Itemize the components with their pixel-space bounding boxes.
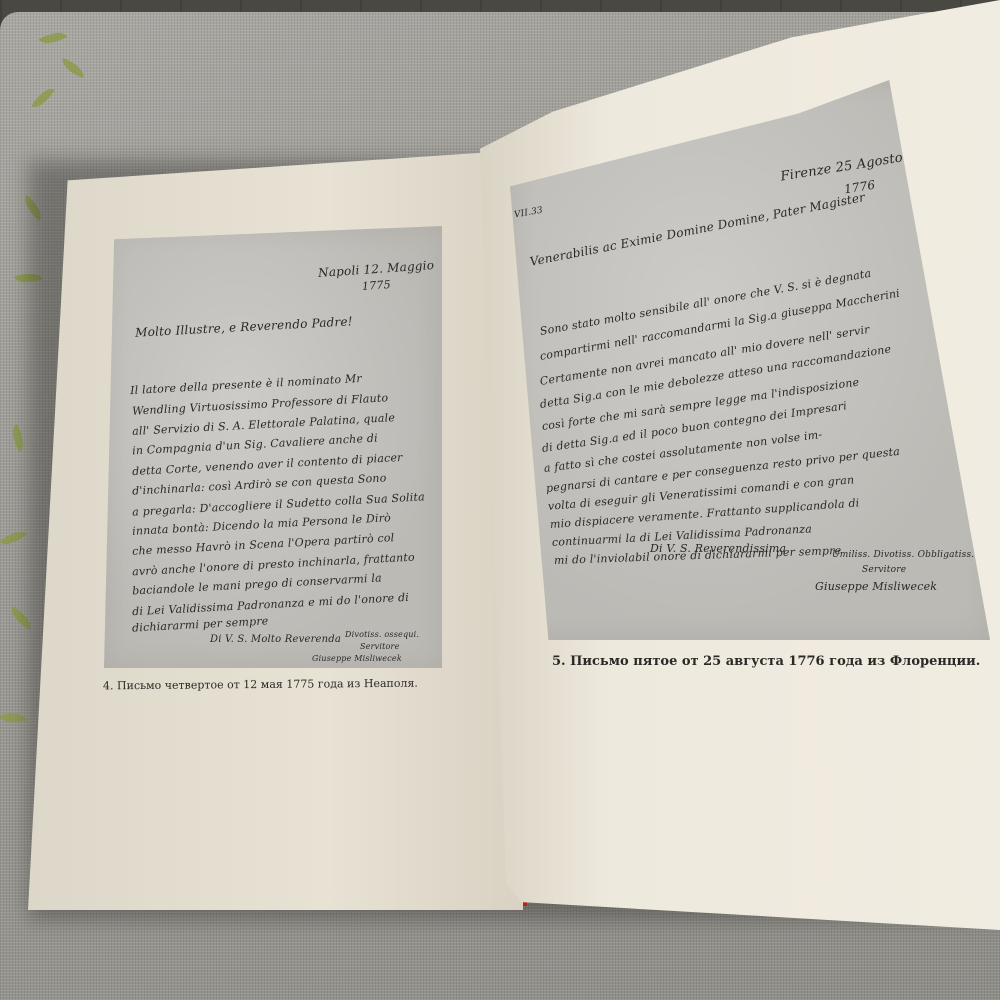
embroidered-leaf — [0, 525, 27, 551]
letter-year: 1775 — [362, 278, 392, 293]
letter-signature: Giuseppe Misliwecek — [815, 580, 937, 593]
letter-signature-line: Servitore — [360, 642, 400, 651]
embroidered-leaf — [0, 709, 27, 727]
embroidered-leaf — [31, 84, 54, 113]
embroidered-leaf — [59, 58, 88, 78]
embroidered-leaf — [39, 26, 68, 49]
letter-closing: Di V. S. Reverendissima — [650, 542, 786, 555]
letter-closing: Di V. S. Molto Reverenda — [210, 634, 341, 645]
embroidered-leaf — [6, 424, 29, 453]
letter-signature: Giuseppe Misliwecek — [312, 654, 402, 663]
figure-caption-4: 4. Письмо четвертое от 12 мая 1775 года … — [103, 677, 418, 693]
letter-signature-line: Umiliss. Divotiss. Obbligatiss. — [832, 550, 974, 560]
letter-signature-line: Divotiss. ossequi. — [345, 630, 419, 639]
figure-caption-5: 5. Письмо пятое от 25 августа 1776 года … — [552, 654, 980, 669]
letter-signature-line: Servitore — [862, 565, 906, 575]
